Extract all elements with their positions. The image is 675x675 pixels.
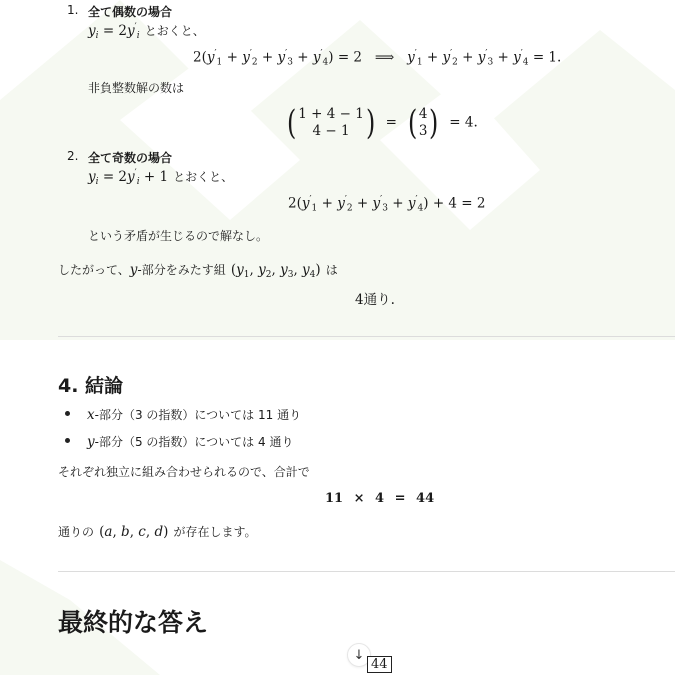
case1-binomial: (1 + 4 − 14 − 1) = (43) = 4. [285,106,478,140]
implies-symbol: ⟹ [375,50,394,66]
binom-top: 1 + 4 − 1 [298,106,364,123]
divider [58,336,675,337]
binom-bottom: 4 − 1 [313,123,350,140]
exists-line: 通りの (a, b, c, d) が存在します。 [58,521,257,540]
case2-number: 2. [67,149,78,163]
bullet-text: -部分（5 の指数）については 4 通り [95,435,294,449]
combine-text: それぞれ独立に組み合わせられるので、合計で [58,463,310,480]
case1-result: 4. [465,115,478,131]
case1-title: 全て偶数の場合 [88,3,172,20]
case1-setup-text: とおくと、 [145,24,205,38]
bullet-dot [65,438,70,443]
case1-count-label: 非負整数解の数は [88,79,184,96]
bullet-text: -部分（3 の指数）については 11 通り [95,408,301,422]
case2-title: 全て奇数の場合 [88,149,172,166]
arrow-down-icon: ↓ [354,648,365,663]
final-heading: 最終的な答え [58,603,208,639]
product-equation: 11 × 4 = 44 [325,491,434,506]
case2-conclusion: という矛盾が生じるので解なし。 [88,227,268,244]
exists-suffix: が存在します。 [173,525,256,539]
case2-setup-text: とおくと、 [173,170,233,184]
bullet-item-y: y-部分（5 の指数）については 4 通り [87,431,293,450]
case2-setup: yi = 2y′i + 1 とおくと、 [88,166,233,187]
bullet-dot [65,411,70,416]
final-answer-box: 44 [367,656,392,673]
bullet-var: x [87,407,95,423]
divider [58,571,675,572]
binom2-top: 4 [419,106,428,123]
exists-prefix: 通りの [58,525,94,539]
case1-number: 1. [67,3,78,17]
summary-part-label: -部分をみたす組 [137,263,225,277]
case1-setup: yi = 2y′i とおくと、 [88,20,205,41]
summary-suffix: は [326,263,338,277]
case2-equation: 2(y′1 + y′2 + y′3 + y′4) + 4 = 2 [288,195,486,214]
bullet-var: y [87,434,95,450]
section4-heading: 4. 結論 [58,371,123,398]
case1-equation: 2(y′1 + y′2 + y′3 + y′4) = 2 ⟹ y′1 + y′2… [193,49,561,68]
summary-line: したがって、y-部分をみたす組 (y1, y2, y3, y4) は [58,259,338,280]
binom2-bottom: 3 [419,123,428,140]
summary-prefix: したがって、 [58,263,130,277]
bullet-item-x: x-部分（3 の指数）については 11 通り [87,404,301,423]
summary-result: 4通り. [355,288,395,308]
